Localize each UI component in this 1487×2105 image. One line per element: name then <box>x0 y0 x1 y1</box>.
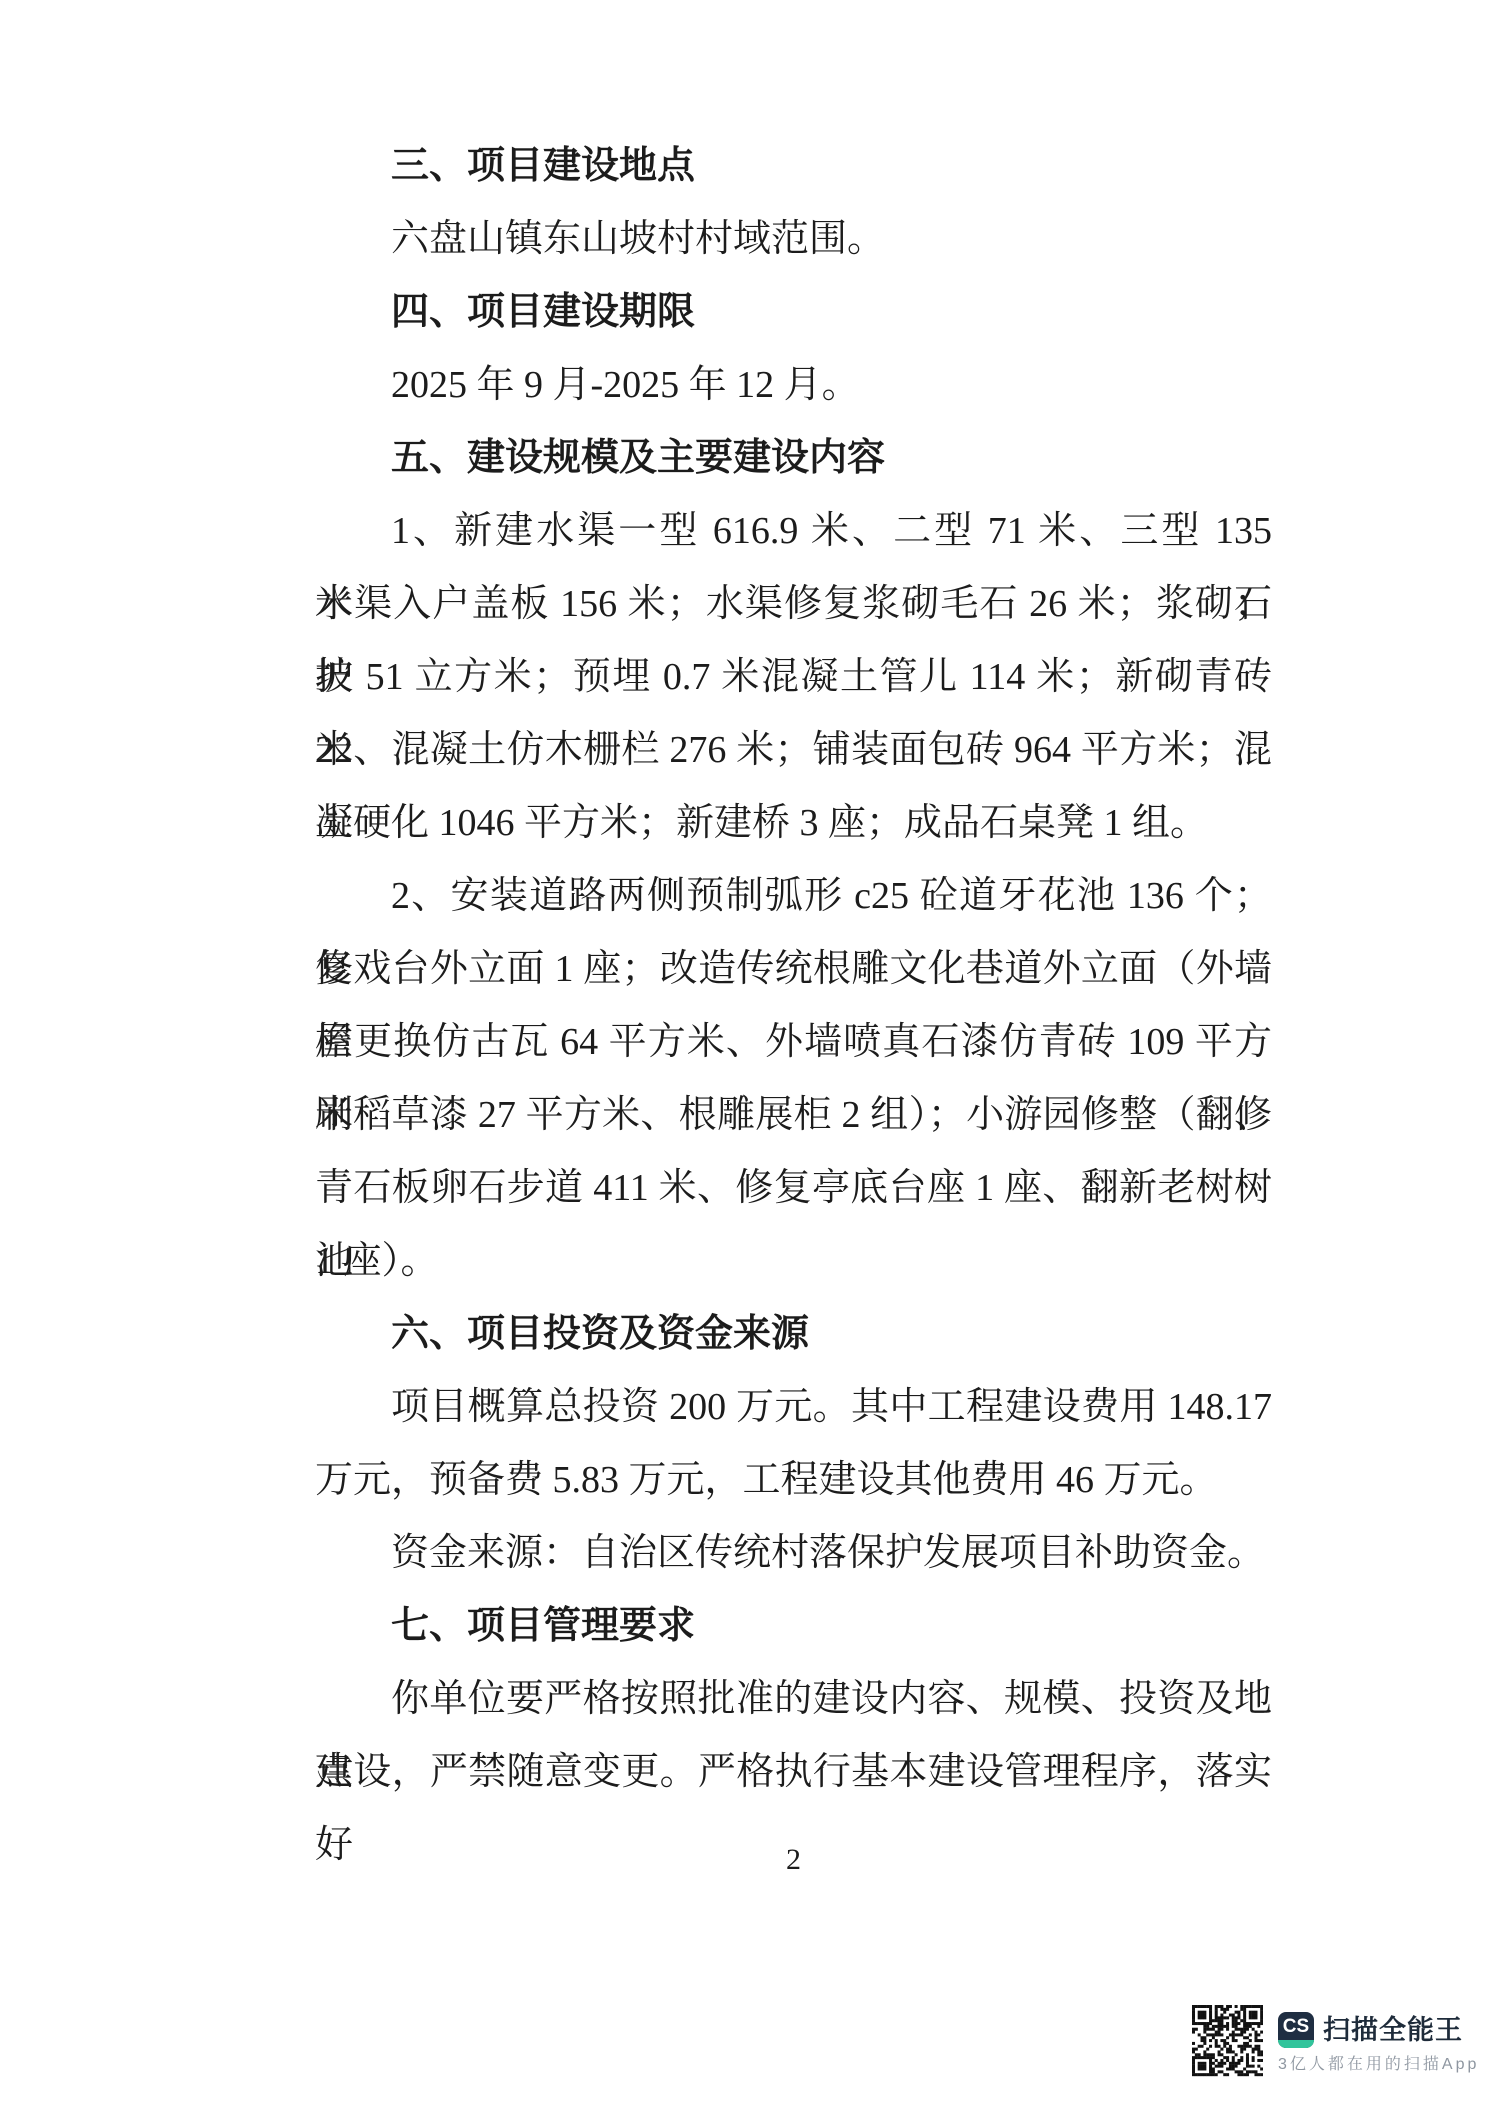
doc-line-17: 项目概算总投资 200 万元。其中工程建设费用 148.17 <box>315 1371 1272 1444</box>
doc-line-9: 土硬化 1046 平方米；新建桥 3 座；成品石桌凳 1 组。 <box>315 787 1272 860</box>
doc-line-18: 万元，预备费 5.83 万元，工程建设其他费用 46 万元。 <box>315 1444 1272 1517</box>
doc-line-1: 六盘山镇东山坡村村域范围。 <box>315 203 1272 276</box>
doc-line-13: 刷稻草漆 27 平方米、根雕展柜 2 组）；小游园修整（翻修 <box>315 1079 1272 1152</box>
camscanner-logo-monogram: CS <box>1278 2012 1314 2040</box>
doc-line-14: 青石板卵石步道 411 米、修复亭底台座 1 座、翻新老树树池 <box>315 1152 1272 1225</box>
qr-code-pattern <box>1192 2004 1263 2077</box>
doc-line-11: 复戏台外立面 1 座；改造传统根雕文化巷道外立面（外墙屋 <box>315 933 1272 1006</box>
doc-line-16: 六、项目投资及资金来源 <box>315 1298 1272 1371</box>
camscanner-app-name: 扫描全能王 <box>1323 2012 1463 2048</box>
doc-line-5: 1、新建水渠一型 616.9 米、二型 71 米、三型 135 米； <box>315 495 1272 568</box>
camscanner-logo-stripe <box>1278 2040 1314 2048</box>
doc-line-12: 檐更换仿古瓦 64 平方米、外墙喷真石漆仿青砖 109 平方米、 <box>315 1006 1272 1079</box>
doc-line-0: 三、项目建设地点 <box>315 130 1272 203</box>
doc-line-21: 你单位要严格按照批准的建设内容、规模、投资及地点 <box>315 1663 1272 1736</box>
qr-code-icon <box>1192 2004 1263 2077</box>
doc-line-20: 七、项目管理要求 <box>315 1590 1272 1663</box>
document-text-block: 三、项目建设地点六盘山镇东山坡村村域范围。四、项目建设期限2025 年 9 月-… <box>315 130 1272 1809</box>
doc-line-19: 资金来源：自治区传统村落保护发展项目补助资金。 <box>315 1517 1272 1590</box>
doc-line-15: 1 座）。 <box>315 1225 1272 1298</box>
doc-line-3: 2025 年 9 月-2025 年 12 月。 <box>315 349 1272 422</box>
doc-line-8: 米、混凝土仿木栅栏 276 米；铺装面包砖 964 平方米；混凝 <box>315 714 1272 787</box>
doc-line-2: 四、项目建设期限 <box>315 276 1272 349</box>
doc-line-10: 2、安装道路两侧预制弧形 c25 砼道牙花池 136 个；修 <box>315 860 1272 933</box>
page-number: 2 <box>315 1840 1272 1880</box>
camscanner-logo-icon: CS <box>1278 2012 1314 2048</box>
doc-line-4: 五、建设规模及主要建设内容 <box>315 422 1272 495</box>
camscanner-tagline: 3亿人都在用的扫描App <box>1278 2054 1479 2076</box>
doc-line-7: 坡 51 立方米；预埋 0.7 米混凝土管儿 114 米；新砌青砖 22 <box>315 641 1272 714</box>
doc-line-22: 建设，严禁随意变更。严格执行基本建设管理程序，落实好 <box>315 1736 1272 1809</box>
scanned-document-page: { "page": { "background": "#ffffff", "te… <box>0 0 1487 2105</box>
doc-line-6: 水渠入户盖板 156 米；水渠修复浆砌毛石 26 米；浆砌石护 <box>315 568 1272 641</box>
